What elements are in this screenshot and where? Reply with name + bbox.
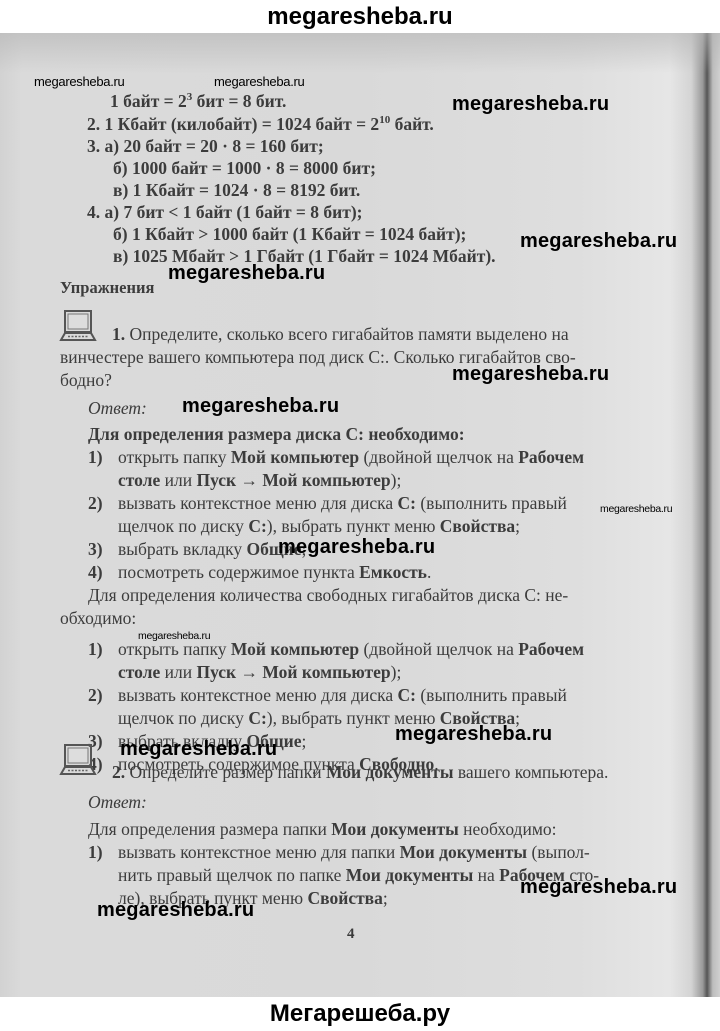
free-step-1: 1)открыть папку Мой компьютер (двойной щ…: [88, 639, 584, 660]
laptop-computer-icon: [58, 309, 98, 345]
answer-line-3b: б) 1000 байт = 1000 · 8 = 8000 бит;: [113, 158, 376, 179]
exercise-1-question-line-1: 1. Определите, сколько всего гигабайтов …: [112, 324, 569, 345]
exercise-2-step-1: 1)вызвать контекстное меню для папки Мои…: [88, 842, 590, 863]
free-step-2: 2)вызвать контекстное меню для диска С: …: [88, 685, 567, 706]
watermark: megaresheba.ru: [452, 363, 609, 386]
exercise-2-question: 2. Определите размер папки Мои документы…: [112, 762, 608, 783]
watermark: megaresheba.ru: [520, 876, 677, 899]
textbook-page-scan: megaresheba.ru megaresheba.ru 1 байт = 2…: [0, 33, 720, 997]
answer-line-1: 1 байт = 23 бит = 8 бит.: [110, 91, 286, 112]
size-intro: Для определения размера диска С: необход…: [88, 424, 465, 445]
watermark: megaresheba.ru: [520, 230, 677, 253]
answer-line-2: 2. 1 Кбайт (килобайт) = 1024 байт = 210 …: [87, 114, 434, 135]
size-step-2: 2)вызвать контекстное меню для диска С: …: [88, 493, 567, 514]
exercises-heading: Упражнения: [60, 278, 154, 298]
size-step-1: 1)открыть папку Мой компьютер (двойной щ…: [88, 447, 584, 468]
site-footer[interactable]: Мегарешеба.ру: [0, 997, 720, 1031]
watermark: megaresheba.ru: [278, 536, 435, 559]
free-step-1-cont: столе или Пуск → Мой компьютер);: [118, 662, 401, 683]
size-step-2-cont: щелчок по диску С:), выбрать пункт меню …: [118, 516, 520, 537]
answer-line-3c: в) 1 Кбайт = 1024 · 8 = 8192 бит.: [113, 180, 360, 201]
size-step-3: 3)выбрать вкладку Общие;: [88, 539, 306, 560]
watermark: megaresheba.ru: [395, 723, 552, 746]
exercise-1-question-line-3: бодно?: [60, 370, 112, 391]
watermark: megaresheba.ru: [168, 262, 325, 285]
answer-line-3a: 3. а) 20 байт = 20 · 8 = 160 бит;: [87, 136, 324, 157]
answer-line-4b: б) 1 Кбайт > 1000 байт (1 Кбайт = 1024 б…: [113, 224, 466, 245]
site-header[interactable]: megaresheba.ru: [0, 0, 720, 33]
laptop-computer-icon: [58, 743, 98, 779]
page-shadow: [0, 33, 720, 73]
answer-line-4a: 4. а) 7 бит < 1 байт (1 байт = 8 бит);: [87, 202, 362, 223]
watermark: megaresheba.ru: [214, 74, 304, 89]
watermark: megaresheba.ru: [120, 738, 277, 761]
watermark: megaresheba.ru: [600, 503, 672, 515]
watermark: megaresheba.ru: [34, 74, 124, 89]
size-step-4: 4)посмотреть содержимое пункта Емкость.: [88, 562, 431, 583]
size-step-1-cont: столе или Пуск → Мой компьютер);: [118, 470, 401, 491]
watermark: megaresheba.ru: [182, 395, 339, 418]
exercise-2-answer-label: Ответ:: [88, 792, 147, 813]
free-intro-line-2: обходимо:: [60, 608, 136, 629]
page-number: 4: [347, 926, 355, 943]
exercise-1-answer-label: Ответ:: [88, 398, 147, 419]
exercise-2-intro: Для определения размера папки Мои докуме…: [88, 819, 557, 840]
watermark: megaresheba.ru: [97, 899, 254, 922]
free-intro-line-1: Для определения количества свободных гиг…: [88, 585, 568, 606]
watermark: megaresheba.ru: [452, 93, 609, 116]
